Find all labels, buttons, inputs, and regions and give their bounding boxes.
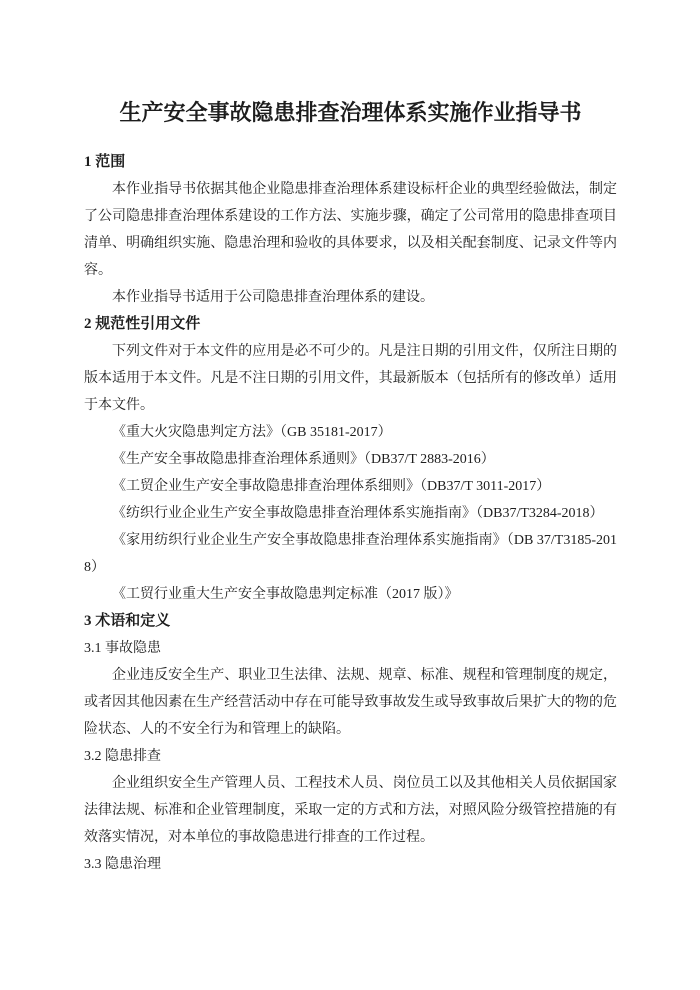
section-terms-definitions: 3 术语和定义 3.1 事故隐患 企业违反安全生产、职业卫生法律、法规、规章、标… xyxy=(84,608,617,878)
section-normative-references: 2 规范性引用文件 下列文件对于本文件的应用是必不可少的。凡是注日期的引用文件，… xyxy=(84,311,617,608)
section-1-paragraph-2: 本作业指导书适用于公司隐患排查治理体系的建设。 xyxy=(84,284,617,311)
section-scope: 1 范围 本作业指导书依据其他企业隐患排查治理体系建设标杆企业的典型经验做法，制… xyxy=(84,149,617,311)
reference-item: 《工贸行业重大生产安全事故隐患判定标准（2017 版）》 xyxy=(84,581,617,608)
section-3-heading: 3 术语和定义 xyxy=(84,608,617,635)
section-1-paragraph-1: 本作业指导书依据其他企业隐患排查治理体系建设标杆企业的典型经验做法，制定了公司隐… xyxy=(84,176,617,284)
document-page: 生产安全事故隐患排查治理体系实施作业指导书 1 范围 本作业指导书依据其他企业隐… xyxy=(0,0,700,990)
reference-item: 《家用纺织行业企业生产安全事故隐患排查治理体系实施指南》（DB 37/T3185… xyxy=(84,527,617,581)
section-3-1-heading: 3.1 事故隐患 xyxy=(84,635,617,662)
section-1-heading: 1 范围 xyxy=(84,149,617,176)
reference-item: 《重大火灾隐患判定方法》（GB 35181-2017） xyxy=(84,419,617,446)
section-3-2-heading: 3.2 隐患排查 xyxy=(84,743,617,770)
document-title: 生产安全事故隐患排查治理体系实施作业指导书 xyxy=(84,97,617,129)
reference-item: 《工贸企业生产安全事故隐患排查治理体系细则》（DB37/T 3011-2017） xyxy=(84,473,617,500)
section-2-intro-paragraph: 下列文件对于本文件的应用是必不可少的。凡是注日期的引用文件，仅所注日期的版本适用… xyxy=(84,338,617,419)
section-3-1-paragraph: 企业违反安全生产、职业卫生法律、法规、规章、标准、规程和管理制度的规定，或者因其… xyxy=(84,662,617,743)
section-2-heading: 2 规范性引用文件 xyxy=(84,311,617,338)
section-3-3-heading: 3.3 隐患治理 xyxy=(84,851,617,878)
reference-item: 《生产安全事故隐患排查治理体系通则》（DB37/T 2883-2016） xyxy=(84,446,617,473)
reference-item: 《纺织行业企业生产安全事故隐患排查治理体系实施指南》（DB37/T3284-20… xyxy=(84,500,617,527)
section-3-2-paragraph: 企业组织安全生产管理人员、工程技术人员、岗位员工以及其他相关人员依据国家法律法规… xyxy=(84,770,617,851)
